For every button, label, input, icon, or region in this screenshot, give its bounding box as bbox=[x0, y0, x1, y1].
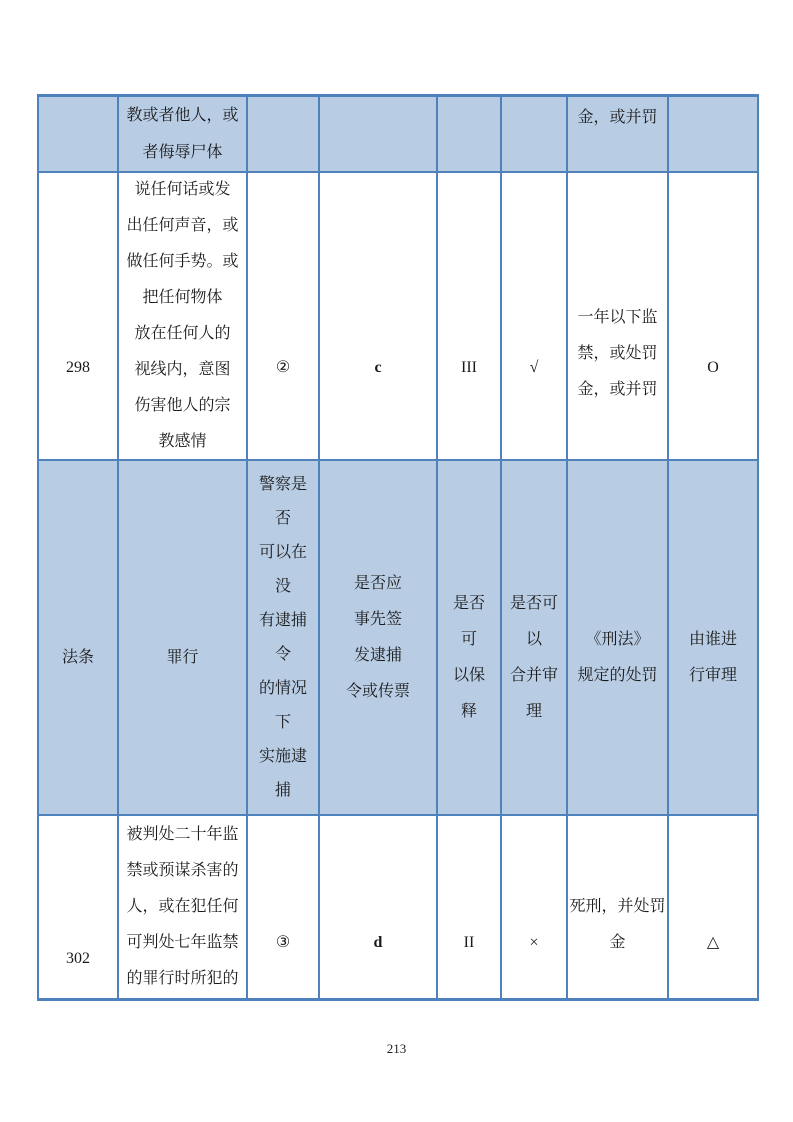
cell-bail-code: III bbox=[438, 173, 502, 461]
header-cell-arrest-without-warrant: 警察是 否 可以在 没 有逮捕 令 的情况 下 实施逮 捕 bbox=[248, 461, 320, 816]
cell-arrest-symbol bbox=[248, 97, 320, 173]
header-cell-offence: 罪行 bbox=[119, 461, 248, 816]
cell-bail-code: II bbox=[438, 816, 502, 998]
cell-bail-code bbox=[438, 97, 502, 173]
cell-offence-description: 教或者他人，或 者侮辱尸体 bbox=[119, 97, 248, 173]
cell-article-number bbox=[39, 97, 119, 173]
cell-joint-trial-mark: × bbox=[502, 816, 568, 998]
header-cell-article-number: 法条 bbox=[39, 461, 119, 816]
cell-offence-description: 被判处二十年监 禁或预谋杀害的 人，或在犯任何 可判处七年监禁 的罪行时所犯的 bbox=[119, 816, 248, 998]
cell-joint-trial-mark bbox=[502, 97, 568, 173]
document-page: 教或者他人，或 者侮辱尸体 金，或并罚 298 说任何话或发 出任何声音，或 做… bbox=[0, 0, 793, 1122]
cell-warrant-code: d bbox=[320, 816, 438, 998]
cell-arrest-symbol: ③ bbox=[248, 816, 320, 998]
cell-offence-description: 说任何话或发 出任何声音，或 做任何手势。或 把任何物体 放在任何人的 视线内，… bbox=[119, 173, 248, 461]
header-cell-bailable: 是否 可 以保 释 bbox=[438, 461, 502, 816]
cell-warrant-code bbox=[320, 97, 438, 173]
cell-joint-trial-mark: √ bbox=[502, 173, 568, 461]
cell-article-number: 298 bbox=[39, 173, 119, 461]
header-cell-tried-by: 由谁进 行审理 bbox=[669, 461, 757, 816]
cell-article-number: 302 bbox=[39, 816, 119, 998]
cell-court-symbol: △ bbox=[669, 816, 757, 998]
cell-warrant-code: c bbox=[320, 173, 438, 461]
header-cell-warrant-or-summons: 是否应 事先签 发逮捕 令或传票 bbox=[320, 461, 438, 816]
cell-punishment: 死刑，并处罚 金 bbox=[568, 816, 669, 998]
table-row-article-298: 298 说任何话或发 出任何声音，或 做任何手势。或 把任何物体 放在任何人的 … bbox=[39, 173, 757, 461]
cell-punishment: 金，或并罚 bbox=[568, 97, 669, 173]
cell-arrest-symbol: ② bbox=[248, 173, 320, 461]
header-cell-joint-trial: 是否可 以 合并审 理 bbox=[502, 461, 568, 816]
page-number: 213 bbox=[0, 1041, 793, 1057]
header-cell-punishment: 《刑法》 规定的处罚 bbox=[568, 461, 669, 816]
criminal-law-table: 教或者他人，或 者侮辱尸体 金，或并罚 298 说任何话或发 出任何声音，或 做… bbox=[37, 94, 759, 1001]
table-header-row: 法条 罪行 警察是 否 可以在 没 有逮捕 令 的情况 下 实施逮 捕 是否应 … bbox=[39, 461, 757, 816]
table-row-continuation: 教或者他人，或 者侮辱尸体 金，或并罚 bbox=[39, 97, 757, 173]
cell-punishment: 一年以下监 禁，或处罚 金，或并罚 bbox=[568, 173, 669, 461]
cell-court-symbol: O bbox=[669, 173, 757, 461]
table-row-article-302: 302 被判处二十年监 禁或预谋杀害的 人，或在犯任何 可判处七年监禁 的罪行时… bbox=[39, 816, 757, 998]
cell-court-symbol bbox=[669, 97, 757, 173]
